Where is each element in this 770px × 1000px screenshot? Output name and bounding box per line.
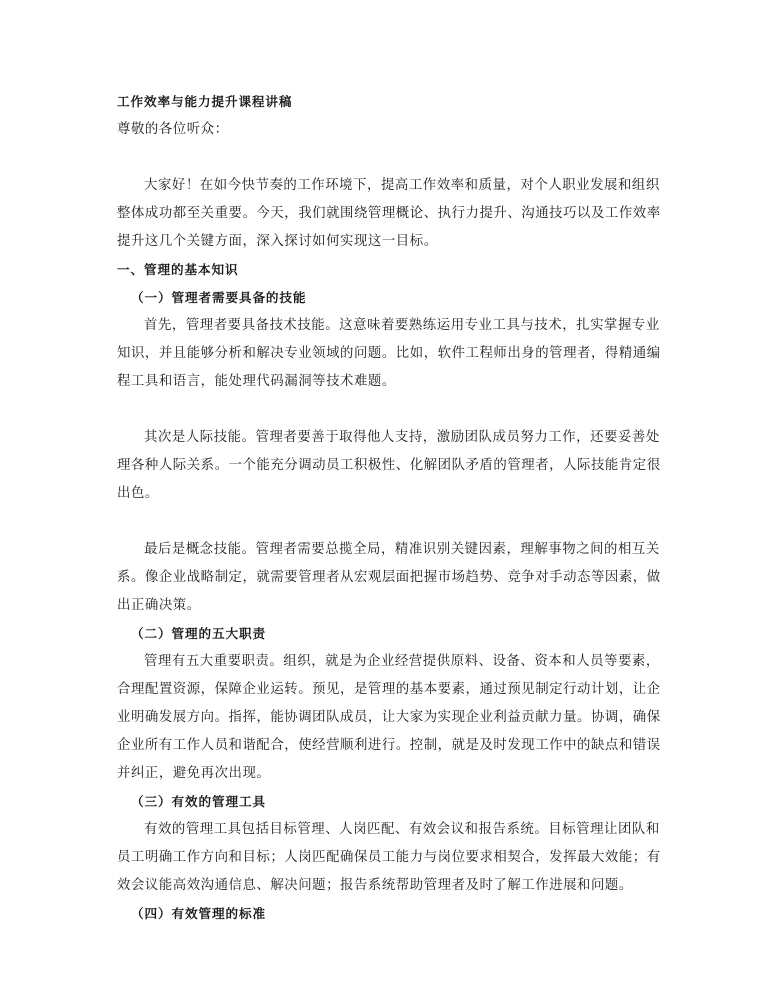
salutation: 尊敬的各位听众： (117, 116, 649, 144)
blank-line (117, 396, 649, 424)
subsection-heading: （二）管理的五大职责 (117, 620, 649, 648)
text-line: 员工明确工作方向和目标；人岗匹配确保员工能力与岗位要求相契合，发挥最大效能；有 (117, 844, 649, 872)
document-page: 工作效率与能力提升课程讲稿 尊敬的各位听众： 大家好！在如今快节奏的工作环境下，… (117, 88, 649, 928)
text-line: 大家好！在如今快节奏的工作环境下，提高工作效率和质量，对个人职业发展和组织 (117, 172, 649, 200)
section-heading: 一、管理的基本知识 (117, 256, 649, 284)
text-line: 出正确决策。 (117, 592, 649, 620)
text-line: 业明确发展方向。指挥，能协调团队成员，让大家为实现企业利益贡献力量。协调，确保 (117, 704, 649, 732)
subsection-heading: （三）有效的管理工具 (117, 788, 649, 816)
text-line: 系。像企业战略制定，就需要管理者从宏观层面把握市场趋势、竞争对手动态等因素，做 (117, 564, 649, 592)
text-line: 效会议能高效沟通信息、解决问题；报告系统帮助管理者及时了解工作进展和问题。 (117, 872, 649, 900)
paragraph-five-duties: 管理有五大重要职责。组织，就是为企业经营提供原料、设备、资本和人员等要素， 合理… (117, 648, 649, 788)
text-line: 知识，并且能够分析和解决专业领域的问题。比如，软件工程师出身的管理者，得精通编 (117, 340, 649, 368)
paragraph-interpersonal-skills: 其次是人际技能。管理者要善于取得他人支持，激励团队成员努力工作，还要妥善处 理各… (117, 424, 649, 508)
text-line: 合理配置资源，保障企业运转。预见，是管理的基本要素，通过预见制定行动计划，让企 (117, 676, 649, 704)
text-line: 最后是概念技能。管理者需要总揽全局，精准识别关键因素，理解事物之间的相互关 (117, 536, 649, 564)
document-title: 工作效率与能力提升课程讲稿 (117, 88, 649, 116)
text-line: 有效的管理工具包括目标管理、人岗匹配、有效会议和报告系统。目标管理让团队和 (117, 816, 649, 844)
text-line: 出色。 (117, 480, 649, 508)
paragraph-technical-skills: 首先，管理者要具备技术技能。这意味着要熟练运用专业工具与技术，扎实掌握专业 知识… (117, 312, 649, 396)
intro-paragraph: 大家好！在如今快节奏的工作环境下，提高工作效率和质量，对个人职业发展和组织 整体… (117, 172, 649, 256)
text-line: 程工具和语言，能处理代码漏洞等技术难题。 (117, 368, 649, 396)
paragraph-management-tools: 有效的管理工具包括目标管理、人岗匹配、有效会议和报告系统。目标管理让团队和 员工… (117, 816, 649, 900)
blank-line (117, 508, 649, 536)
text-line: 理各种人际关系。一个能充分调动员工积极性、化解团队矛盾的管理者，人际技能肯定很 (117, 452, 649, 480)
text-line: 整体成功都至关重要。今天，我们就围绕管理概论、执行力提升、沟通技巧以及工作效率 (117, 200, 649, 228)
text-line: 管理有五大重要职责。组织，就是为企业经营提供原料、设备、资本和人员等要素， (117, 648, 649, 676)
text-line: 其次是人际技能。管理者要善于取得他人支持，激励团队成员努力工作，还要妥善处 (117, 424, 649, 452)
paragraph-conceptual-skills: 最后是概念技能。管理者需要总揽全局，精准识别关键因素，理解事物之间的相互关 系。… (117, 536, 649, 620)
subsection-heading: （一）管理者需要具备的技能 (117, 284, 649, 312)
text-line: 企业所有工作人员和谐配合，使经营顺利进行。控制，就是及时发现工作中的缺点和错误 (117, 732, 649, 760)
text-line: 首先，管理者要具备技术技能。这意味着要熟练运用专业工具与技术，扎实掌握专业 (117, 312, 649, 340)
subsection-heading: （四）有效管理的标准 (117, 900, 649, 928)
blank-line (117, 144, 649, 172)
text-line: 并纠正，避免再次出现。 (117, 760, 649, 788)
text-line: 提升这几个关键方面，深入探讨如何实现这一目标。 (117, 228, 649, 256)
